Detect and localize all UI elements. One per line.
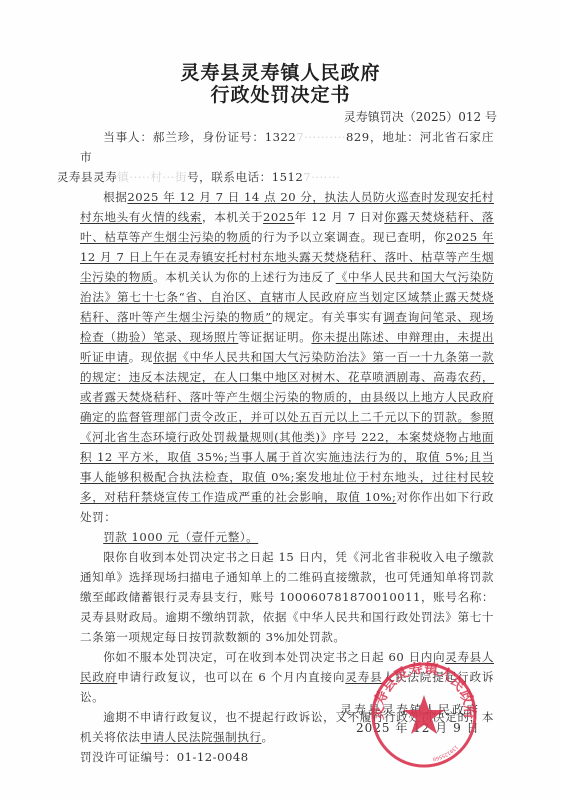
payment-paragraph: 限你自收到本处罚决定书之日起 15 日内，凭《河北省非税收入电子缴款通知单》选择… bbox=[80, 547, 494, 647]
party-phone-label: 号，联系电话： bbox=[187, 170, 272, 184]
document-title: 灵寿县灵寿镇人民政府 行政处罚决定书 bbox=[0, 62, 561, 106]
party-name-label: 当事人： bbox=[103, 130, 153, 144]
underlined-text: 2025 bbox=[263, 210, 295, 224]
underlined-text: 依据《中华人民共和国大气污染防治法》第一百一十九条第一款的规定：违反本法规定，在… bbox=[80, 350, 494, 504]
party-phone-prefix: 1512 bbox=[272, 170, 304, 184]
title-doc-type: 行政处罚决定书 bbox=[0, 84, 561, 106]
text: 根据 bbox=[103, 190, 127, 204]
facts-paragraph: 根据2025 年 12 月 7 日 14 点 20 分，执法人员防火巡查时发现安… bbox=[80, 187, 494, 527]
party-address-redacted: 镇·····村···街 bbox=[117, 170, 187, 184]
text: 的行为予以立案调查。现已查明，你 bbox=[251, 230, 446, 244]
title-issuer: 灵寿县灵寿镇人民政府 bbox=[0, 62, 561, 84]
text: ，本机关于 bbox=[202, 210, 263, 224]
party-id-label: ，身份证号： bbox=[190, 130, 265, 144]
party-id-redacted: 7·········· bbox=[296, 130, 346, 144]
party-id-suffix: 829 bbox=[346, 130, 370, 144]
text: 等证据证明。 bbox=[238, 330, 311, 344]
party-phone-redacted: 7······· bbox=[303, 170, 340, 184]
party-address-prefix: 灵寿县灵寿 bbox=[57, 170, 117, 184]
document-number: 灵寿镇罚决（2025）012 号 bbox=[344, 109, 497, 125]
text: 。本机关认为你的上述行为违反了 bbox=[153, 270, 336, 284]
text: 。现 bbox=[129, 350, 153, 364]
text: 申请行政复议，也可以在 6 个月内直接向 bbox=[117, 670, 345, 684]
document-page: 灵寿县灵寿镇人民政府 行政处罚决定书 灵寿镇罚决（2025）012 号 当事人：… bbox=[0, 0, 561, 800]
official-seal-icon: 灵寿县灵寿镇人民政府 1301255600765 bbox=[370, 661, 478, 769]
text: 的规定。有关事实有 bbox=[272, 310, 383, 324]
party-id-prefix: 1322 bbox=[265, 130, 297, 144]
penalty-text: 罚款 1000 元（壹仟元整）。 bbox=[103, 530, 258, 544]
party-info: 当事人：郝兰珍，身份证号：13227··········829，地址：河北省石家… bbox=[80, 127, 494, 187]
text: 年 12 月 7 日对 bbox=[295, 210, 385, 224]
text: 。 bbox=[261, 730, 273, 744]
underlined-text: 申请人民法院强制执行 bbox=[140, 730, 261, 744]
penalty-amount: 罚款 1000 元（壹仟元整）。 bbox=[80, 527, 494, 547]
party-name: 郝兰珍 bbox=[153, 130, 190, 144]
